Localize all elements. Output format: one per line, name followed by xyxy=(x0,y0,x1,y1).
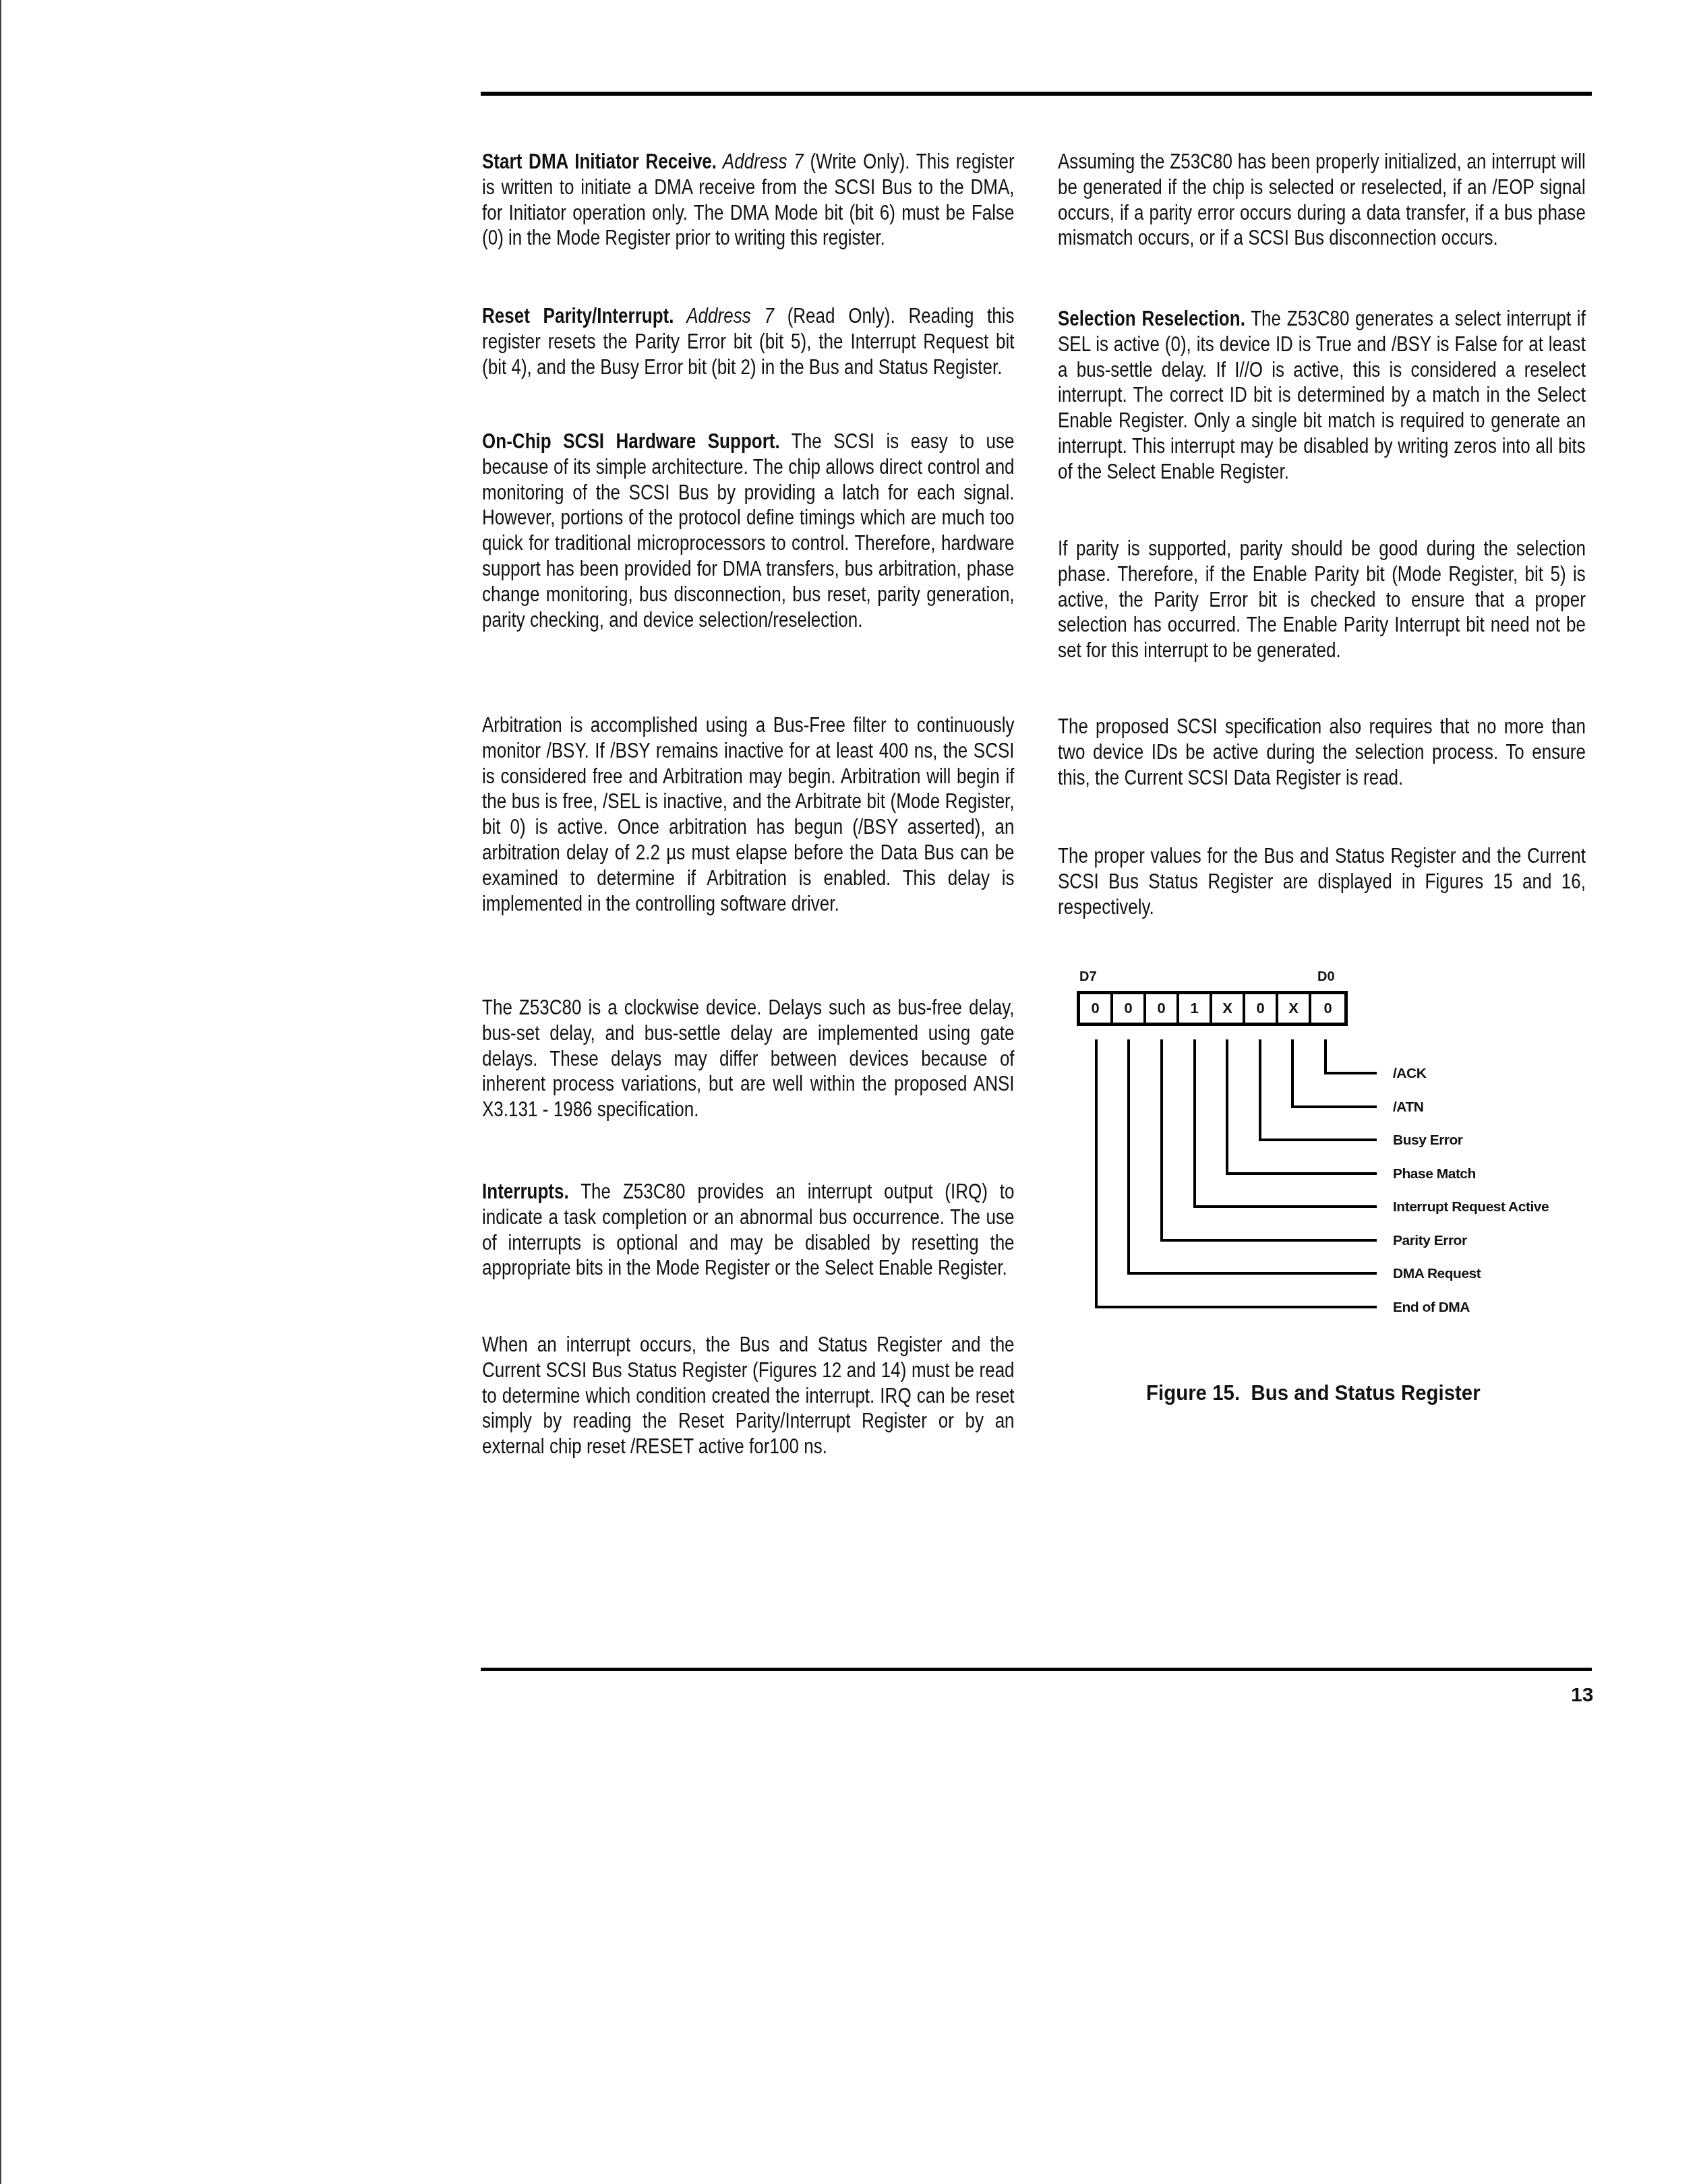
paragraph-body: When an interrupt occurs, the Bus and St… xyxy=(482,1333,1015,1458)
paragraph-body: Arbitration is accomplished using a Bus-… xyxy=(482,713,1015,915)
paragraph-arbitration: Arbitration is accomplished using a Bus-… xyxy=(482,712,1015,916)
paragraph-interrupt-occurs: When an interrupt occurs, the Bus and St… xyxy=(482,1332,1015,1459)
bit-d2: 0 xyxy=(1245,994,1278,1023)
document-page: Start DMA Initiator Receive. Address 7 (… xyxy=(0,0,1699,2184)
paragraph-body: The proper values for the Bus and Status… xyxy=(1058,844,1586,919)
register-bit-box: 0 0 0 1 X 0 X 0 xyxy=(1077,991,1348,1026)
connector-d2-h xyxy=(1259,1139,1377,1141)
paragraph-assuming-initialized: Assuming the Z53C80 has been properly in… xyxy=(1058,149,1586,251)
signal-label-busy-error: Busy Error xyxy=(1393,1132,1463,1149)
page-number: 13 xyxy=(1571,1684,1593,1707)
connector-d1 xyxy=(1291,1039,1294,1108)
connector-d0 xyxy=(1324,1039,1327,1074)
paragraph-selection-reselection: Selection Reselection. The Z53C80 genera… xyxy=(1058,306,1586,485)
paragraph-heading: Interrupts. xyxy=(482,1180,569,1203)
bit-d3: X xyxy=(1212,994,1245,1023)
signal-label-ack: /ACK xyxy=(1393,1066,1426,1082)
page-edge xyxy=(0,0,1,2184)
bit-d7: 0 xyxy=(1080,994,1113,1023)
connector-d4 xyxy=(1193,1039,1196,1208)
connector-d7-h xyxy=(1095,1306,1377,1308)
top-rule xyxy=(481,92,1592,96)
paragraph-body: The SCSI is easy to use because of its s… xyxy=(482,429,1015,632)
signal-label-end-of-dma: End of DMA xyxy=(1393,1300,1470,1316)
lsb-label: D0 xyxy=(1317,969,1335,985)
connector-d1-h xyxy=(1291,1105,1377,1108)
connector-d0-h xyxy=(1324,1072,1377,1074)
paragraph-proposed-scsi-spec: The proposed SCSI specification also req… xyxy=(1058,714,1586,790)
connector-d5-h xyxy=(1160,1239,1377,1242)
paragraph-body: Assuming the Z53C80 has been properly in… xyxy=(1058,150,1586,249)
paragraph-body: The Z53C80 generates a select interrupt … xyxy=(1058,307,1586,483)
bit-d0: 0 xyxy=(1311,994,1344,1023)
connector-d7 xyxy=(1095,1039,1098,1308)
msb-label: D7 xyxy=(1079,969,1097,985)
paragraph-interrupts: Interrupts. The Z53C80 provides an inter… xyxy=(482,1179,1015,1281)
paragraph-address: Address 7 xyxy=(717,150,804,173)
bit-d5: 0 xyxy=(1146,994,1179,1023)
bit-d4: 1 xyxy=(1179,994,1212,1023)
paragraph-body: The Z53C80 is a clockwise device. Delays… xyxy=(482,996,1015,1121)
connector-d2 xyxy=(1259,1039,1261,1141)
connector-d3 xyxy=(1226,1039,1228,1175)
signal-label-dma-request: DMA Request xyxy=(1393,1266,1481,1282)
paragraph-body: The proposed SCSI specification also req… xyxy=(1058,715,1586,789)
paragraph-parity-supported: If parity is supported, parity should be… xyxy=(1058,536,1586,663)
paragraph-clockwise-device: The Z53C80 is a clockwise device. Delays… xyxy=(482,995,1015,1122)
paragraph-on-chip-scsi-support: On-Chip SCSI Hardware Support. The SCSI … xyxy=(482,429,1015,632)
bit-d6: 0 xyxy=(1113,994,1146,1023)
connector-d4-h xyxy=(1193,1205,1377,1208)
paragraph-heading: Reset Parity/Interrupt. xyxy=(482,304,674,328)
paragraph-heading: Start DMA Initiator Receive. xyxy=(482,150,717,173)
signal-label-phase-match: Phase Match xyxy=(1393,1166,1476,1182)
signal-label-interrupt-request-active: Interrupt Request Active xyxy=(1393,1199,1549,1215)
bottom-rule xyxy=(481,1668,1592,1671)
connector-d5 xyxy=(1160,1039,1163,1242)
signal-label-atn: /ATN xyxy=(1393,1099,1423,1116)
signal-label-parity-error: Parity Error xyxy=(1393,1233,1467,1249)
paragraph-heading: On-Chip SCSI Hardware Support. xyxy=(482,429,780,453)
paragraph-address: Address 7 xyxy=(674,304,774,328)
paragraph-proper-values: The proper values for the Bus and Status… xyxy=(1058,843,1586,919)
connector-d6 xyxy=(1127,1039,1130,1275)
paragraph-start-dma-initiator-receive: Start DMA Initiator Receive. Address 7 (… xyxy=(482,149,1015,251)
connector-d3-h xyxy=(1226,1172,1377,1175)
paragraph-body: If parity is supported, parity should be… xyxy=(1058,537,1586,662)
figure-caption: Figure 15. Bus and Status Register xyxy=(1146,1381,1481,1405)
paragraph-reset-parity-interrupt: Reset Parity/Interrupt. Address 7 (Read … xyxy=(482,303,1015,380)
bit-d1: X xyxy=(1278,994,1311,1023)
paragraph-heading: Selection Reselection. xyxy=(1058,307,1245,330)
connector-d6-h xyxy=(1127,1272,1377,1275)
